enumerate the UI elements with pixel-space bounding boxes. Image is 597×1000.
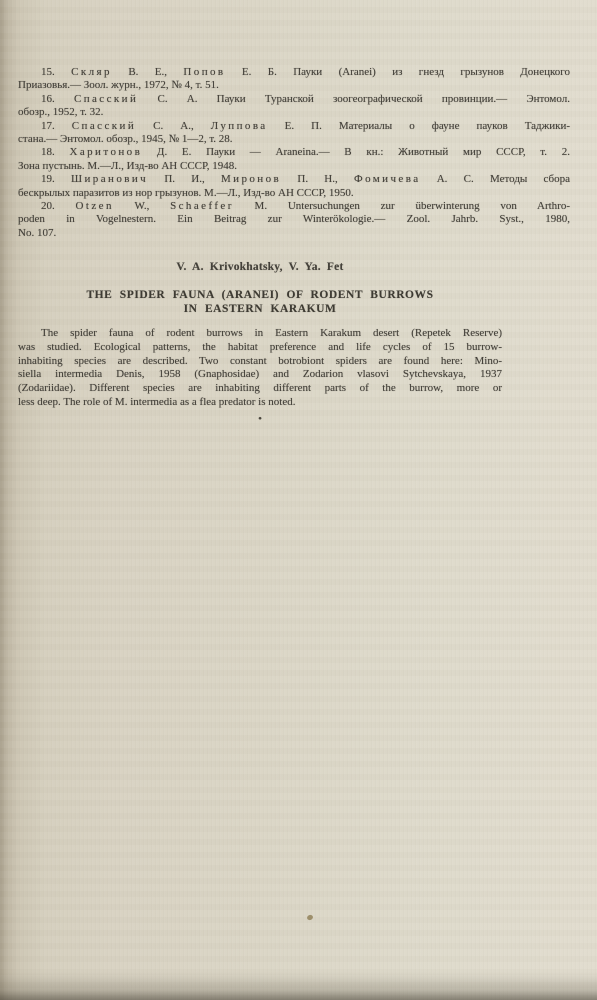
abstract-line: inhabiting species are described. Two co…: [18, 355, 502, 369]
reference-line: обозр., 1952, т. 32.: [18, 106, 570, 119]
reference-text: 15.: [41, 66, 71, 78]
scanned-page: 15. Скляр В. Е., Попов Е. Б. Пауки (Aran…: [0, 0, 597, 1000]
paper-title: THE SPIDER FAUNA (ARANEI) OF RODENT BURR…: [18, 289, 502, 316]
reference-line: Зона пустынь. М.—Л., Изд-во АН СССР, 194…: [18, 160, 570, 173]
reference-text: А. С. Методы сбора: [421, 173, 571, 185]
paper-speck: [306, 914, 313, 921]
reference-line: бескрылых паразитов из нор грызунов. М.—…: [18, 187, 570, 200]
abstract-line: (Zodariidae). Different species are inha…: [18, 382, 502, 396]
reference-text: Otzen: [76, 200, 114, 212]
reference-line: Приазовья.— Зоол. журн., 1972, № 4, т. 5…: [18, 79, 570, 92]
reference-text: Спасский: [72, 120, 136, 132]
reference-entry: 16. Спасский С. А. Пауки Туранской зооге…: [18, 93, 570, 120]
reference-line: 16. Спасский С. А. Пауки Туранской зооге…: [18, 93, 570, 106]
reference-text: Е. П. Материалы о фауне пауков Таджики-: [268, 120, 570, 132]
reference-text: 17.: [41, 120, 72, 132]
reference-text: Скляр: [71, 66, 112, 78]
paper-title-line-1: THE SPIDER FAUNA (ARANEI) OF RODENT BURR…: [18, 289, 502, 303]
reference-text: В. Е.,: [112, 66, 183, 78]
reference-text: Schaeffer: [170, 200, 234, 212]
separator-dot: •: [18, 413, 502, 425]
abstract-line: siella intermedia Denis, 1958 (Gnaphosid…: [18, 368, 502, 382]
reference-line: poden in Vogelnestern. Ein Beitrag zur W…: [18, 213, 570, 226]
reference-entry: 17. Спасский С. А., Луппова Е. П. Матери…: [18, 120, 570, 147]
abstract-line: The spider fauna of rodent burrows in Ea…: [18, 327, 502, 341]
reference-line: 17. Спасский С. А., Луппова Е. П. Матери…: [18, 120, 570, 133]
reference-text: Приазовья.— Зоол. журн., 1972, № 4, т. 5…: [18, 79, 219, 91]
authors-line: V. A. Krivokhatsky, V. Ya. Fet: [18, 261, 502, 273]
reference-line: 18. Харитонов Д. Е. Пауки — Araneina.— В…: [18, 146, 570, 159]
reference-text: M. Untersuchungen zur überwinterung von …: [234, 200, 570, 212]
reference-text: poden in Vogelnestern. Ein Beitrag zur W…: [18, 213, 570, 225]
reference-line: стана.— Энтомол. обозр., 1945, № 1—2, т.…: [18, 133, 570, 146]
abstract-line: less deep. The role of M. intermedia as …: [18, 396, 502, 410]
references-list: 15. Скляр В. Е., Попов Е. Б. Пауки (Aran…: [18, 66, 570, 240]
reference-text: бескрылых паразитов из нор грызунов. М.—…: [18, 187, 354, 199]
reference-line: 19. Ширанович П. И., Миронов П. Н., Фоми…: [18, 173, 570, 186]
reference-text: Спасский: [74, 93, 138, 105]
reference-entry: 19. Ширанович П. И., Миронов П. Н., Фоми…: [18, 173, 570, 200]
reference-line: No. 107.: [18, 227, 570, 240]
reference-text: W.,: [114, 200, 170, 212]
paper-title-line-2: IN EASTERN KARAKUM: [18, 303, 502, 317]
reference-text: 16.: [41, 93, 74, 105]
reference-text: No. 107.: [18, 227, 56, 239]
reference-text: Ширанович: [71, 173, 148, 185]
reference-text: П. Н.,: [281, 173, 354, 185]
reference-text: Фомичева: [354, 173, 421, 185]
abstract: The spider fauna of rodent burrows in Ea…: [18, 327, 502, 410]
reference-line: 15. Скляр В. Е., Попов Е. Б. Пауки (Aran…: [18, 66, 570, 79]
reference-text: 20.: [41, 200, 76, 212]
reference-text: обозр., 1952, т. 32.: [18, 106, 103, 118]
reference-text: 18.: [41, 146, 69, 158]
reference-text: Попов: [183, 66, 225, 78]
reference-text: Е. Б. Пауки (Aranei) из гнезд грызунов Д…: [226, 66, 570, 78]
reference-entry: 18. Харитонов Д. Е. Пауки — Araneina.— В…: [18, 146, 570, 173]
reference-text: Луппова: [211, 120, 268, 132]
reference-text: стана.— Энтомол. обозр., 1945, № 1—2, т.…: [18, 133, 233, 145]
reference-text: Д. Е. Пауки — Araneina.— В кн.: Животный…: [142, 146, 570, 158]
reference-text: Зона пустынь. М.—Л., Изд-во АН СССР, 194…: [18, 160, 237, 172]
reference-text: П. И.,: [148, 173, 221, 185]
reference-entry: 15. Скляр В. Е., Попов Е. Б. Пауки (Aran…: [18, 66, 570, 93]
reference-text: 19.: [41, 173, 71, 185]
reference-line: 20. Otzen W., Schaeffer M. Untersuchunge…: [18, 200, 570, 213]
abstract-line: was studied. Ecological patterns, the ha…: [18, 341, 502, 355]
reference-text: Харитонов: [69, 146, 142, 158]
reference-entry: 20. Otzen W., Schaeffer M. Untersuchunge…: [18, 200, 570, 240]
reference-text: Миронов: [221, 173, 281, 185]
reference-text: С. А. Пауки Туранской зоогеографической …: [138, 93, 570, 105]
reference-text: С. А.,: [136, 120, 211, 132]
